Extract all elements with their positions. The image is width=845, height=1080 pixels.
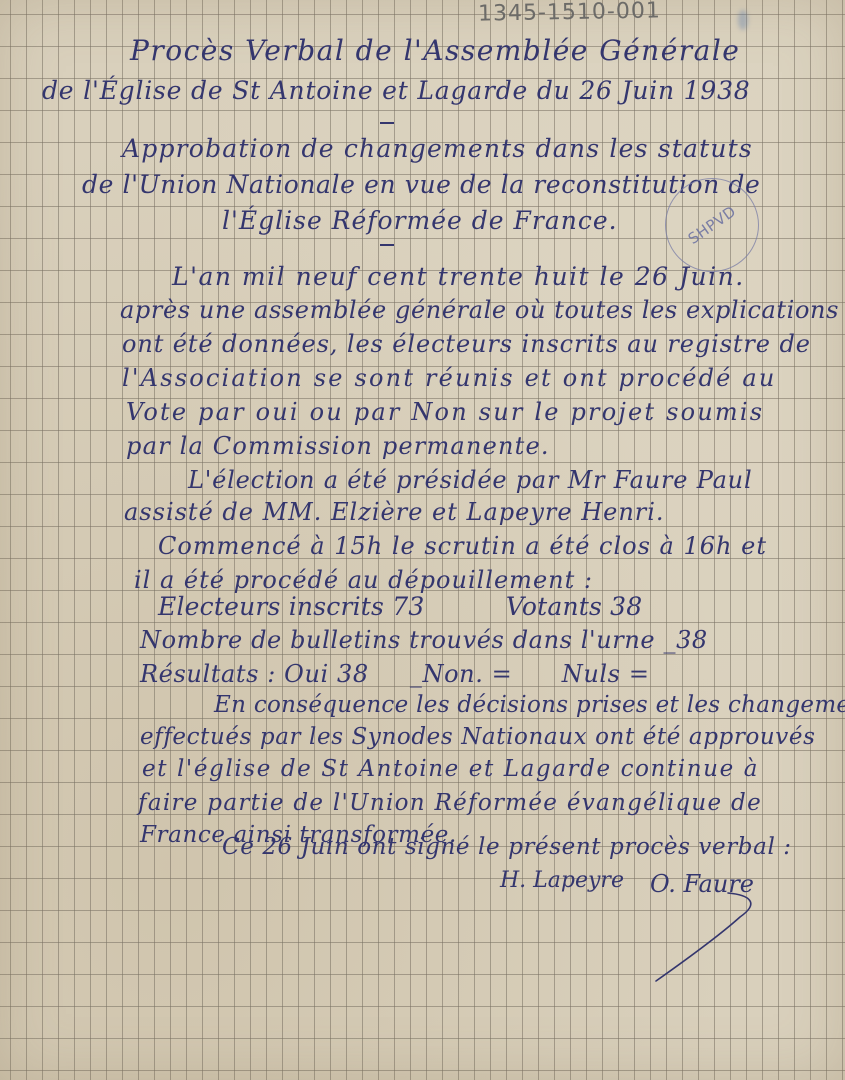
body-line-4: l'Association se sont réunis et ont proc…: [122, 364, 777, 392]
body-line-1: L'an mil neuf cent trente huit le 26 Jui…: [172, 262, 745, 291]
body-line-15: effectués par les Synodes Nationaux ont …: [140, 724, 816, 750]
signature-flourish-icon: [640, 885, 780, 985]
subject-line-2: de l'Union Nationale en vue de la recons…: [82, 170, 760, 199]
vote-count-line-bulletins: Nombre de bulletins trouvés dans l'urne …: [140, 626, 708, 654]
body-line-8: assisté de MM. Elzière et Lapeyre Henri.: [124, 498, 665, 526]
separator-dash-bottom: [380, 244, 394, 246]
separator-dash-top: [380, 122, 394, 124]
ink-smudge: [738, 10, 748, 30]
body-line-7: L'élection a été présidée par Mr Faure P…: [188, 466, 752, 494]
subject-line-3: l'Église Réformée de France.: [222, 206, 618, 235]
handwritten-document-page: 1345-1510-001 Procès Verbal de l'Assembl…: [0, 0, 845, 1080]
closing-signature-line: Ce 26 Juin ont signé le présent procès v…: [222, 834, 792, 860]
body-line-17: faire partie de l'Union Réformée évangél…: [138, 790, 762, 816]
body-line-16: et l'église de St Antoine et Lagarde con…: [142, 756, 759, 782]
signature-lapeyre: H. Lapeyre: [500, 868, 624, 893]
title-line-1: Procès Verbal de l'Assemblée Générale: [130, 34, 740, 67]
vote-count-line-inscrits-votants: Electeurs inscrits 73 Votants 38: [158, 592, 642, 621]
shpvd-archive-stamp: SHPVD: [665, 178, 759, 272]
archive-reference-number: 1345-1510-001: [478, 0, 661, 27]
vote-results-line: Résultats : Oui 38 _Non. = Nuls =: [140, 660, 650, 688]
body-line-14: En conséquence les décisions prises et l…: [214, 692, 845, 718]
stamp-text: SHPVD: [685, 202, 740, 248]
body-line-2: après une assemblée générale où toutes l…: [120, 296, 839, 324]
body-line-5: Vote par oui ou par Non sur le projet so…: [126, 398, 764, 426]
subject-line-1: Approbation de changements dans les stat…: [122, 134, 753, 163]
body-line-6: par la Commission permanente.: [126, 432, 550, 460]
title-line-2: de l'Église de St Antoine et Lagarde du …: [42, 76, 750, 105]
body-line-3: ont été données, les électeurs inscrits …: [122, 330, 811, 358]
body-line-10: il a été procédé au dépouillement :: [134, 566, 593, 594]
body-line-9: Commencé à 15h le scrutin a été clos à 1…: [158, 532, 767, 560]
